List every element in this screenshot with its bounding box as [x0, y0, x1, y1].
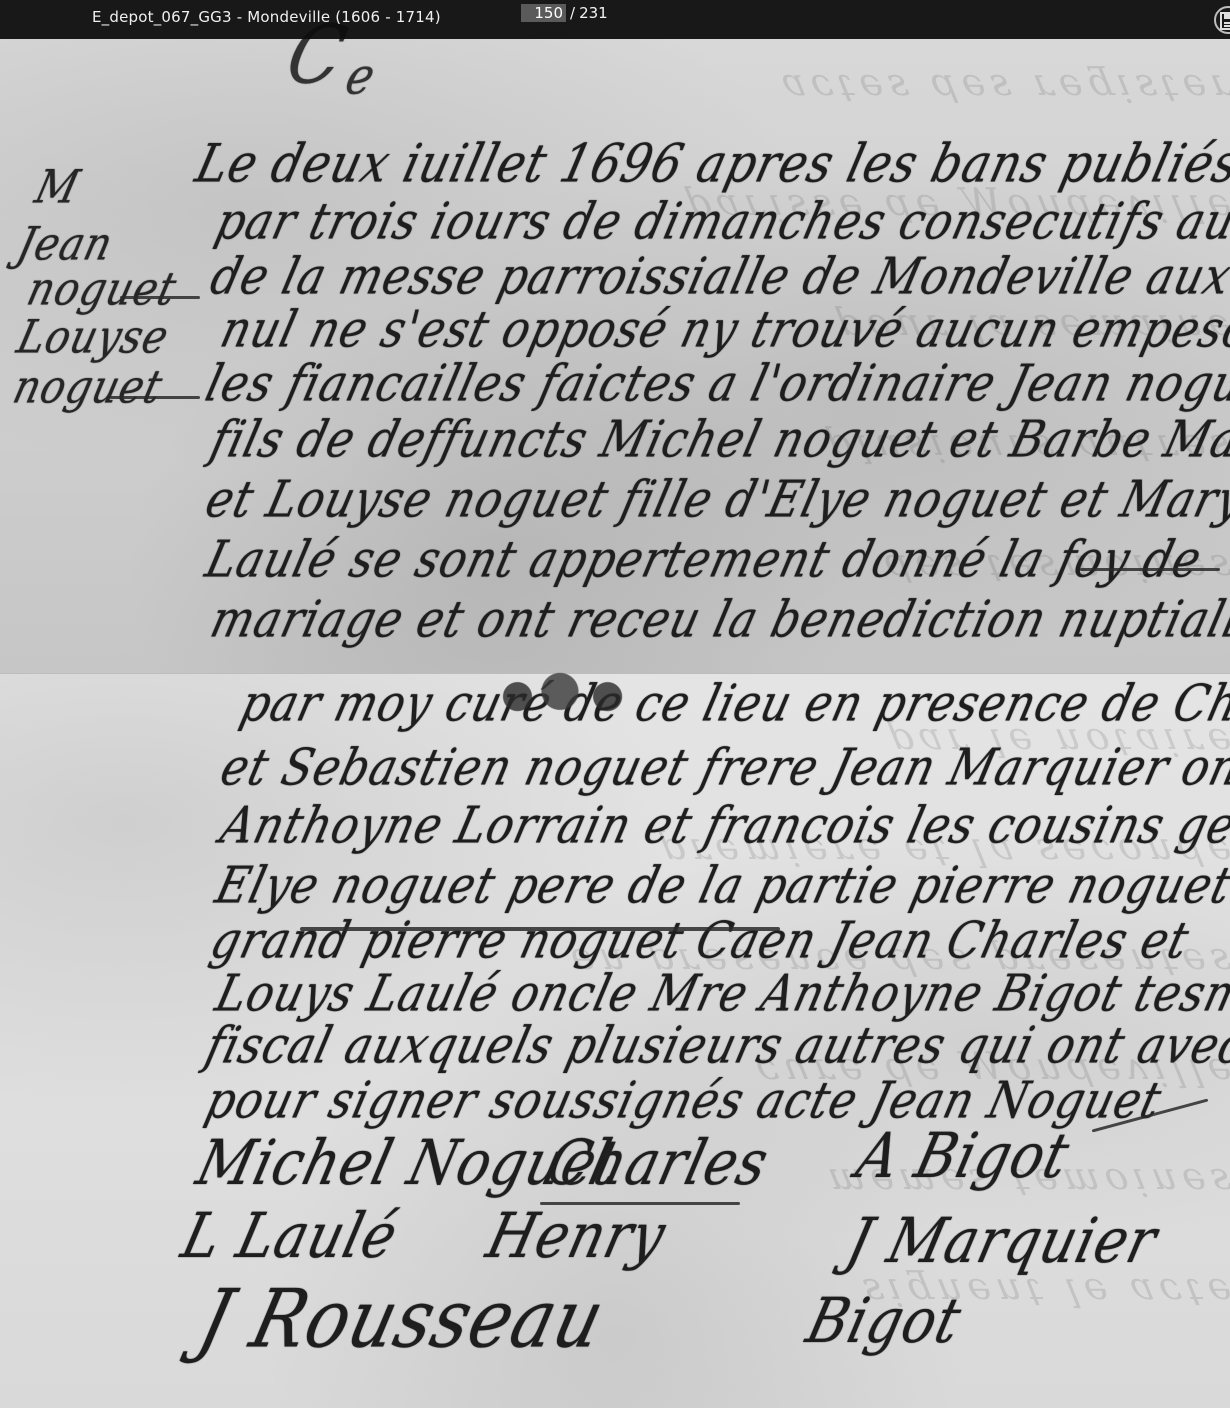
- pen-stroke: [120, 296, 200, 299]
- document-viewer[interactable]: ɹǝʇsᴉƃǝɹ sǝp sǝʇɔɐ ǝꞁꞁᴉʌǝpuoW ǝp ǝssᴉɹɐd…: [0, 0, 1230, 1408]
- page-number-input[interactable]: [521, 4, 566, 22]
- manuscript-line: de la messe parroissialle de Mondeville …: [205, 247, 1230, 306]
- strikethrough-line: [300, 927, 780, 931]
- margin-note-line: Louyse: [12, 311, 174, 364]
- manuscript-line: mariage et ont receu la benediction nupt…: [205, 590, 1230, 649]
- manuscript-line: et Sebastien noguet frere Jean Marquier …: [215, 738, 1230, 797]
- manuscript-line: Laulé se sont appertement donné la foy d…: [200, 530, 1208, 589]
- signature: J Rousseau: [190, 1272, 614, 1366]
- manuscript-line: par moy curé de ce lieu en presence de C…: [235, 674, 1230, 733]
- document-title: E_depot_067_GG3 - Mondeville (1606 - 171…: [92, 8, 441, 26]
- signature: Charles: [540, 1127, 776, 1199]
- pen-stroke: [110, 396, 200, 399]
- flourish-above-text-small: e: [340, 47, 382, 106]
- manuscript-line: les fiancailles faictes a l'ordinaire Je…: [200, 354, 1230, 413]
- manuscript-line: grand pierre noguet Caen Jean Charles et: [205, 911, 1195, 970]
- signature-underline: [540, 1202, 740, 1205]
- page-fragment-bottom: ǝɹᴉɐʇou ǝꞁ ɹɐd ǝpuoɔǝs ɐꞁ ʇǝ ǝɹǝᴉɯǝɹd sǝ…: [0, 673, 1230, 1408]
- page-fragment-top: ɹǝʇsᴉƃǝɹ sǝp sǝʇɔɐ ǝꞁꞁᴉʌǝpuoW ǝp ǝssᴉɹɐd…: [0, 0, 1230, 673]
- manuscript-line: Elye noguet pere de la partie pierre nog…: [210, 856, 1230, 915]
- page-total: 231: [579, 4, 608, 22]
- signature: A Bigot: [850, 1120, 1077, 1192]
- manuscript-line: fiscal auxquels plusieurs autres qui ont…: [200, 1016, 1230, 1075]
- signature: Henry: [480, 1200, 673, 1272]
- manuscript-line: Anthoyne Lorrain et francois les cousins…: [215, 796, 1230, 855]
- signature: Bigot: [800, 1285, 969, 1357]
- stamp-seal: [475, 668, 645, 720]
- signature: L Laulé: [175, 1200, 405, 1272]
- margin-note-line: noguet: [22, 263, 182, 316]
- page-separator: /: [570, 4, 575, 22]
- save-button[interactable]: [1214, 6, 1230, 34]
- pen-stroke: [1080, 568, 1220, 571]
- margin-note-line: M: [30, 161, 85, 214]
- manuscript-line: et Louyse noguet fille d'Elye noguet et …: [200, 470, 1230, 529]
- margin-note-line: noguet: [8, 361, 168, 414]
- manuscript-line: fils de deffuncts Michel noguet et Barbe…: [205, 410, 1230, 469]
- save-disk-icon: [1220, 12, 1230, 30]
- viewer-header: E_depot_067_GG3 - Mondeville (1606 - 171…: [0, 0, 1230, 39]
- manuscript-line: par trois iours de dimanches consecutifs…: [210, 192, 1230, 251]
- manuscript-line: Le deux iuillet 1696 apres les bans publ…: [190, 132, 1230, 194]
- signature: J Marquier: [840, 1205, 1165, 1277]
- page-navigator: / 231: [521, 3, 608, 23]
- manuscript-line: Louys Laulé oncle Mre Anthoyne Bigot tes…: [210, 964, 1230, 1023]
- manuscript-line: nul ne s'est opposé ny trouvé aucun empe…: [215, 300, 1230, 359]
